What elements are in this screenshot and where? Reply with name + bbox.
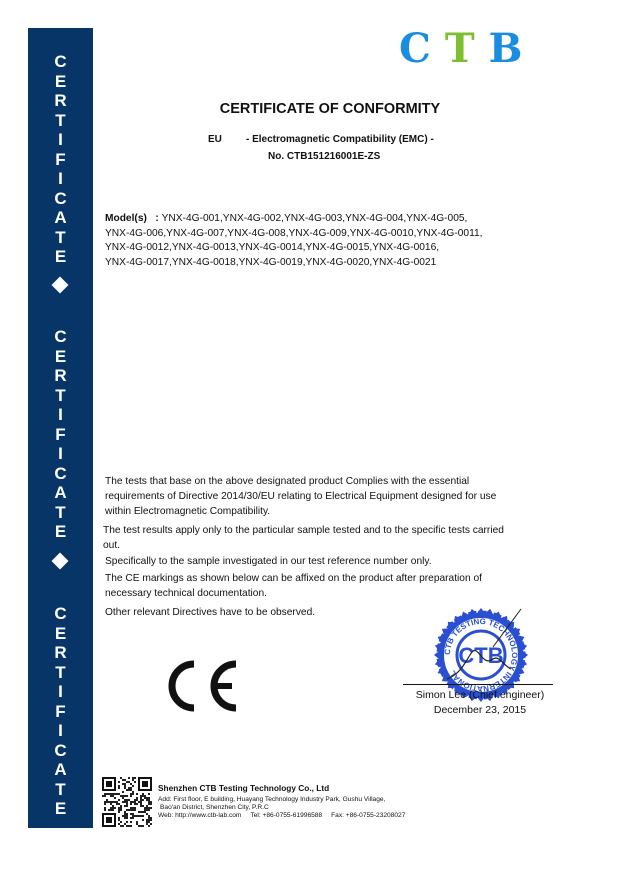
company-website-link[interactable]: Web: http://www.ctb-lab.com — [158, 812, 241, 819]
region-label: EU — [208, 134, 222, 145]
models-line: Model(s) : YNX-4G-001,YNX-4G-002,YNX-4G-… — [105, 212, 555, 227]
company-contact-line: Web: http://www.ctb-lab.comTel: +86-0755… — [158, 812, 405, 821]
text-line: out. — [103, 538, 563, 553]
text-line: requirements of Directive 2014/30/EU rel… — [105, 489, 565, 504]
models-text: YNX-4G-001,YNX-4G-002,YNX-4G-003,YNX-4G-… — [162, 213, 468, 224]
logo-letter-c: C — [399, 25, 445, 72]
text-line: necessary technical documentation. — [105, 586, 565, 601]
diamond-icon — [52, 553, 69, 570]
certificate-number: No. CTB151216001E-ZS — [268, 151, 380, 162]
text-line: The tests that base on the above designa… — [105, 474, 565, 489]
models-line: YNX-4G-0012,YNX-4G-0013,YNX-4G-0014,YNX-… — [105, 241, 555, 256]
reference-paragraph: Specifically to the sample investigated … — [105, 554, 565, 569]
ce-marking-paragraph: The CE markings as shown below can be af… — [105, 571, 565, 601]
models-block: Model(s) : YNX-4G-001,YNX-4G-002,YNX-4G-… — [105, 212, 555, 270]
models-line: YNX-4G-006,YNX-4G-007,YNX-4G-008,YNX-4G-… — [105, 227, 555, 242]
ctb-logo: CTB — [399, 28, 536, 70]
company-phone: Tel: +86-0755-61996588 — [250, 812, 322, 819]
signature-line — [403, 684, 553, 685]
models-line: YNX-4G-0017,YNX-4G-0018,YNX-4G-0019,YNX-… — [105, 256, 555, 271]
logo-letter-t: T — [445, 25, 489, 72]
scope-label: - Electromagnetic Compatibility (EMC) - — [246, 134, 434, 145]
compliance-paragraph: The tests that base on the above designa… — [105, 474, 565, 519]
text-line: The test results apply only to the parti… — [103, 523, 563, 538]
company-name: Shenzhen CTB Testing Technology Co., Ltd — [158, 783, 329, 793]
sidebar-word-1: CERTIFICATE — [28, 52, 93, 267]
sidebar-banner: CERTIFICATE CERTIFICATE CERTIFICATE — [28, 28, 93, 828]
certificate-title: CERTIFICATE OF CONFORMITY — [100, 101, 560, 117]
sidebar-word-3: CERTIFICATE — [28, 604, 93, 819]
signature-date: December 23, 2015 — [400, 704, 560, 716]
models-separator: : — [155, 213, 158, 224]
models-label: Model(s) — [105, 213, 147, 224]
ce-mark-icon — [160, 658, 242, 714]
sidebar-word-2: CERTIFICATE — [28, 327, 93, 542]
logo-letter-b: B — [489, 25, 537, 72]
scope-paragraph: The test results apply only to the parti… — [103, 523, 563, 553]
company-fax: Fax: +86-0755-23208027 — [331, 812, 405, 819]
text-line: within Electromagnetic Compatibility. — [105, 504, 565, 519]
qr-code-icon — [101, 777, 153, 827]
text-line: The CE markings as shown below can be af… — [105, 571, 565, 586]
diamond-icon — [52, 277, 69, 294]
signer-name: Simon Lee (Chief engineer) — [400, 689, 560, 701]
